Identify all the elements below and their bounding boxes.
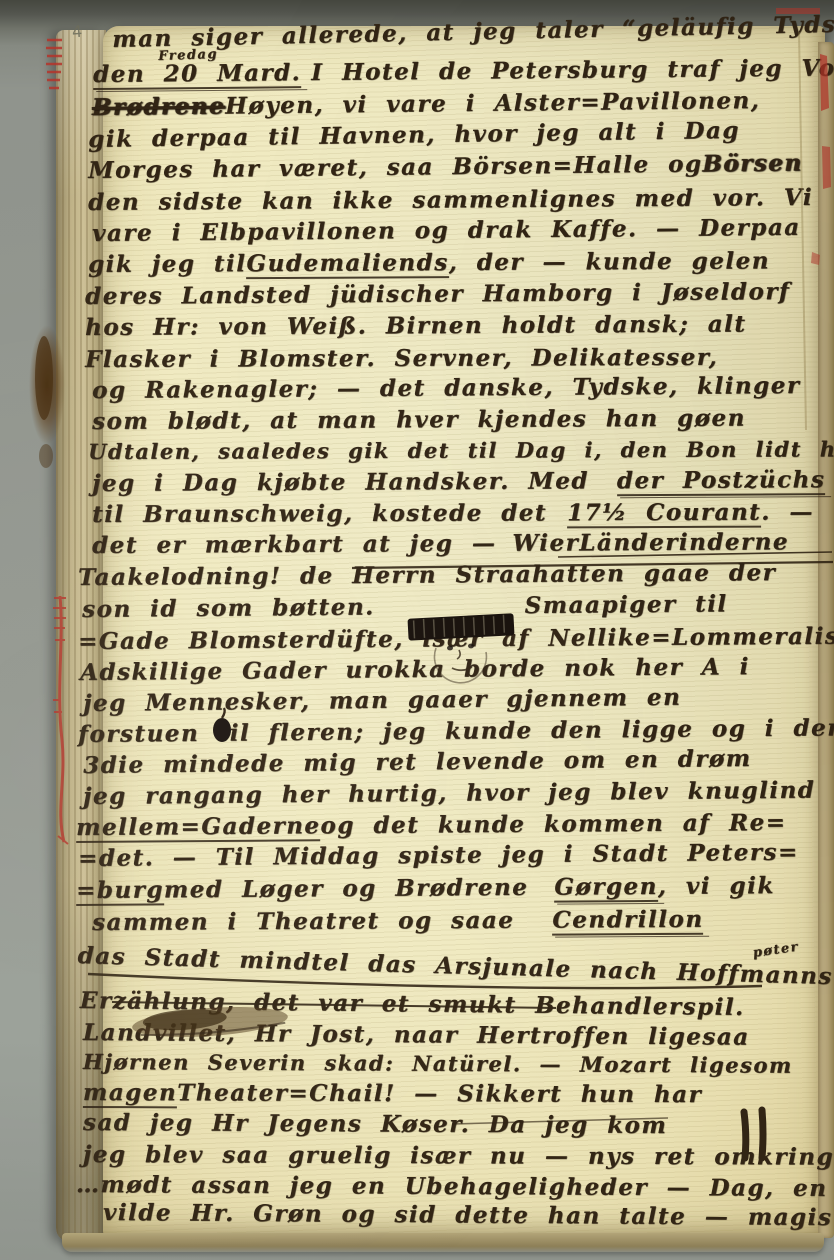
manuscript-scan: 4 man siger allerede, at jeg taler “gelä… <box>0 0 834 1260</box>
manuscript-word-segment: Adskillige Gader urokka borde nok her A … <box>80 655 750 685</box>
manuscript-line: magen Theater=Chail! — Sikkert hun har <box>83 1081 702 1110</box>
manuscript-line: jeg Mennesker, man gaaer gjennem en <box>83 686 681 716</box>
manuscript-line: =burg med Løger og BrødreneGørgen, vi gi… <box>76 874 775 906</box>
manuscript-line: 3die mindede mig ret levende om en drøm <box>83 747 752 778</box>
manuscript-line: som blødt, at man hver kjendes han gøen <box>92 407 746 435</box>
manuscript-line: …mødt assan jeg en Ubehageligheder — Dag… <box>76 1173 834 1201</box>
manuscript-line: das Stadt mindtel das Arsjunale nach Hof… <box>77 944 833 989</box>
manuscript-line: Udtalen, saaledes gik det til Dag i, den… <box>88 438 834 463</box>
manuscript-word-segment: til Braunschweig, kostede det <box>92 501 547 527</box>
manuscript-word-segment: Erzählung, det var et smukt Behandlerspi… <box>80 989 745 1020</box>
manuscript-word-segment: Börsen <box>702 152 802 177</box>
manuscript-word-segment: Brødrene <box>92 95 225 121</box>
manuscript-line: =Gade Blomsterdüfte, især af Nellike=Lom… <box>78 625 834 654</box>
manuscript-line: Brødrene Høyen, vi vare i Alster=Pavillo… <box>92 89 760 120</box>
manuscript-line: Landvillet, Hr Jost, naar Hertroffen lig… <box>83 1021 750 1050</box>
manuscript-word-segment: Flasker i Blomster. Servner, Delikatesse… <box>85 346 718 372</box>
manuscript-line: Erzählung, det var et smukt Behandlerspi… <box>80 989 745 1020</box>
manuscript-word-segment: vare i Elbpavillonen og drak Kaffe. — De… <box>92 216 801 246</box>
manuscript-word-segment: 3die mindede mig ret levende om en drøm <box>83 747 752 778</box>
manuscript-word-segment: =Gade Blomsterdüfte, især af Nellike=Lom… <box>78 625 834 654</box>
manuscript-word-segment: …mødt assan jeg en Ubehageligheder — Dag… <box>76 1173 834 1201</box>
manuscript-word-segment: forstuen til fleren; jeg kunde den ligge… <box>78 716 834 747</box>
manuscript-line: vare i Elbpavillonen og drak Kaffe. — De… <box>92 216 801 246</box>
manuscript-line: mellem=Gaderne og det kunde kommen af Re… <box>76 811 787 843</box>
manuscript-word-segment: WierLänderinderne <box>512 530 789 556</box>
manuscript-word-segment: , der — kunde gelen <box>449 249 770 275</box>
manuscript-word-segment: magen <box>83 1081 177 1108</box>
manuscript-word-segment: sad jeg Hr Jegens Køser. Da jeg kom <box>83 1111 667 1138</box>
manuscript-word-segment: Gudemaliends <box>246 251 448 279</box>
manuscript-word-segment: sammen i Theatret og saae <box>92 909 514 935</box>
manuscript-word-segment: den sidste kan ikke sammenlignes med vor… <box>88 186 813 215</box>
manuscript-line: Flasker i Blomster. Servner, Delikatesse… <box>85 346 718 372</box>
manuscript-word-segment: gik jeg til <box>88 252 247 277</box>
manuscript-word-segment: son id som bøtten. <box>82 595 375 622</box>
manuscript-line: sammen i Theatret og saaeCendrillon <box>92 908 704 938</box>
manuscript-line: gik jeg til Gudemaliends, der — kunde ge… <box>88 249 770 280</box>
manuscript-line: hos Hr: von Weiß. Birnen holdt dansk; al… <box>85 313 746 341</box>
manuscript-word-segment: deres Landsted jüdischer Hamborg i Jøsel… <box>85 280 790 309</box>
manuscript-word-segment: jeg i Dag kjøbte Handsker. Med <box>92 469 589 496</box>
manuscript-word-segment: med Løger og Brødrene <box>164 876 529 903</box>
manuscript-word-segment: jeg rangang her hurtig, hvor jeg blev kn… <box>83 779 815 810</box>
manuscript-line: den 20 Mard.I Hotel de Petersburg traf j… <box>93 56 834 90</box>
manuscript-word-segment: der Postzüchs <box>617 468 826 496</box>
manuscript-word-segment: den 20 Mard. <box>93 61 301 90</box>
manuscript-line: sad jeg Hr Jegens Køser. Da jeg kom <box>83 1111 667 1138</box>
manuscript-word-segment: gik derpaa til Havnen, hvor jeg alt i Da… <box>88 119 740 152</box>
manuscript-word-segment: 17½ Courant <box>567 501 761 529</box>
manuscript-line: =det. — Til Middag spiste jeg i Stadt Pe… <box>78 841 799 871</box>
manuscript-word-segment: Høyen, vi vare i Alster=Pavillonen, <box>225 89 760 119</box>
manuscript-word-segment: som blødt, at man hver kjendes han gøen <box>92 407 746 435</box>
manuscript-word-segment: det er mærkbart at jeg — <box>92 532 496 558</box>
manuscript-word-segment: Hjørnen Severin skad: Natürel. — Mozart … <box>83 1051 793 1077</box>
manuscript-word-segment: Morges har været, saa Börsen=Halle og <box>88 153 703 184</box>
manuscript-word-segment: , vi gik <box>658 874 775 899</box>
manuscript-line: den sidste kan ikke sammenlignes med vor… <box>88 186 813 215</box>
manuscript-line: det er mærkbart at jeg —WierLänderindern… <box>92 530 789 558</box>
manuscript-word-segment: =burg <box>76 878 164 906</box>
manuscript-word-segment: jeg blev saa gruelig især nu — nys ret o… <box>83 1143 834 1170</box>
manuscript-word-segment: Taakelodning! de Herrn Straahatten gaae … <box>78 561 776 590</box>
manuscript-line: Morges har været, saa Börsen=Halle og Bö… <box>88 152 803 184</box>
manuscript-word-segment: Cendrillon <box>552 908 703 936</box>
handwriting-layer: man siger allerede, at jeg taler “geläuf… <box>0 0 834 1260</box>
manuscript-line: jeg rangang her hurtig, hvor jeg blev kn… <box>83 779 815 810</box>
manuscript-word-segment: das Stadt mindtel das Arsjunale nach Hof… <box>77 944 833 989</box>
manuscript-line: Taakelodning! de Herrn Straahatten gaae … <box>78 561 776 590</box>
manuscript-line: deres Landsted jüdischer Hamborg i Jøsel… <box>85 280 790 309</box>
manuscript-line: gik derpaa til Havnen, hvor jeg alt i Da… <box>88 119 740 152</box>
manuscript-word-segment: I Hotel de Petersburg traf jeg Vogø og <box>311 56 834 85</box>
manuscript-word-segment: =det. — Til Middag spiste jeg i Stadt Pe… <box>78 841 799 871</box>
manuscript-word-segment: Landvillet, Hr Jost, naar Hertroffen lig… <box>83 1021 750 1050</box>
manuscript-line: forstuen til fleren; jeg kunde den ligge… <box>78 716 834 747</box>
manuscript-word-segment: . — <box>761 500 814 524</box>
manuscript-line: jeg blev saa gruelig især nu — nys ret o… <box>83 1143 834 1170</box>
manuscript-word-segment: og det kunde kommen af Re= <box>320 811 786 838</box>
manuscript-word-segment: Theater=Chail! — Sikkert hun har <box>177 1081 702 1107</box>
manuscript-line: jeg i Dag kjøbte Handsker. Medder Postzü… <box>92 468 825 499</box>
manuscript-line: Hjørnen Severin skad: Natürel. — Mozart … <box>83 1051 793 1077</box>
manuscript-word-segment: Gørgen <box>554 875 658 903</box>
manuscript-word-segment: pøter <box>752 941 800 961</box>
manuscript-word-segment: Smaapiger til <box>524 592 727 618</box>
manuscript-line: vilde Hr. Grøn og sid dette han talte — … <box>103 1201 834 1231</box>
manuscript-word-segment: hos Hr: von Weiß. Birnen holdt dansk; al… <box>85 313 746 341</box>
manuscript-line: son id som bøtten.Smaapiger til <box>82 592 728 622</box>
manuscript-line: og Rakenagler; — det danske, Tydske, kli… <box>92 374 801 403</box>
manuscript-word-segment: og Rakenagler; — det danske, Tydske, kli… <box>92 374 801 403</box>
manuscript-word-segment: Udtalen, saaledes gik det til Dag i, den… <box>88 438 834 463</box>
manuscript-line: pøter <box>752 941 800 961</box>
manuscript-word-segment: jeg Mennesker, man gaaer gjennem en <box>83 686 681 716</box>
manuscript-line: til Braunschweig, kostede det17½ Courant… <box>92 500 814 530</box>
manuscript-word-segment: mellem=Gaderne <box>76 814 321 843</box>
manuscript-line: Adskillige Gader urokka borde nok her A … <box>80 655 750 685</box>
manuscript-word-segment: vilde Hr. Grøn og sid dette han talte — … <box>103 1201 834 1231</box>
manuscript-line: man siger allerede, at jeg taler “geläuf… <box>112 12 834 52</box>
manuscript-word-segment: man siger allerede, at jeg taler “geläuf… <box>112 12 834 52</box>
